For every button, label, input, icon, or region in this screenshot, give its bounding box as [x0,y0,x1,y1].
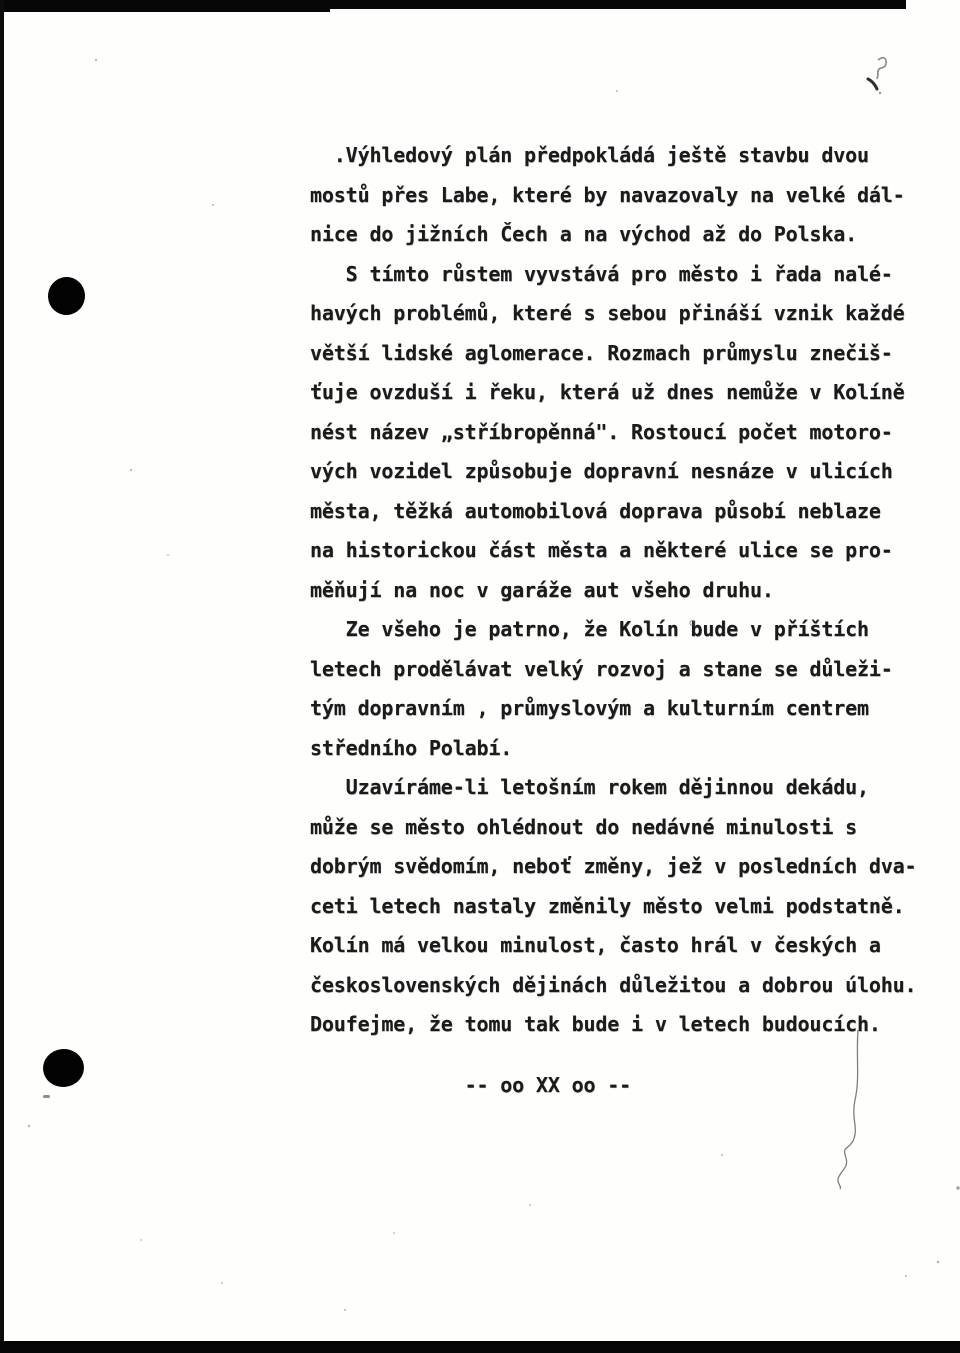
text-line: může se město ohlédnout do nedávné minul… [310,808,950,848]
text-line: na historickou část města a některé ulic… [310,531,950,571]
text-line: havých problémů, které s sebou přináší v… [310,294,950,334]
text-line: Doufejme, že tomu tak bude i v letech bu… [310,1005,950,1045]
text-line: S tímto růstem vyvstává pro město i řada… [310,255,950,295]
text-line: Uzavíráme-li letošním rokem dějinnou dek… [310,768,950,808]
scan-edge-top [0,0,906,9]
scan-edge-bottom [0,1341,960,1353]
hole-punch-mark-bottom [41,1047,86,1089]
text-line: Ze všeho je patrno, že Kolín bude v příš… [310,610,950,650]
text-line: letech prodělávat velký rozvoj a stane s… [310,650,950,690]
text-line: měňují na noc v garáže aut všeho druhu. [310,571,950,611]
text-line: ceti letech nastaly změnily město velmi … [310,887,950,927]
text-line: města, těžká automobilová doprava působí… [310,492,950,532]
text-line: československých dějinách důležitou a do… [310,966,950,1006]
text-line: tým dopravním , průmyslovým a kulturním … [310,689,950,729]
text-line: Kolín má velkou minulost, často hrál v č… [310,926,950,966]
hole-punch-mark-top [46,275,88,318]
text-line: větší lidské aglomerace. Rozmach průmysl… [310,334,950,374]
handwritten-mark [868,58,886,94]
typewritten-text-block: .Výhledový plán předpokládá ještě stavbu… [310,136,950,1105]
text-line: nést název „stříbropěnná". Rostoucí poče… [310,413,950,453]
text-line: .Výhledový plán předpokládá ještě stavbu… [310,136,950,176]
text-line: nice do jižních Čech a na východ až do P… [310,215,950,255]
text-line: -- oo XX oo -- [310,1066,950,1106]
scan-edge-left [0,0,4,1353]
text-line: ťuje ovzduší i řeku, která už dnes nemůž… [310,373,950,413]
text-line: středního Polabí. [310,729,950,769]
text-line: mostů přes Labe, které by navazovaly na … [310,176,950,216]
text-line: dobrým svědomím, neboť změny, jež v posl… [310,847,950,887]
scanned-document-page: .Výhledový plán předpokládá ještě stavbu… [0,0,960,1353]
text-line: vých vozidel způsobuje dopravní nesnáze … [310,452,950,492]
